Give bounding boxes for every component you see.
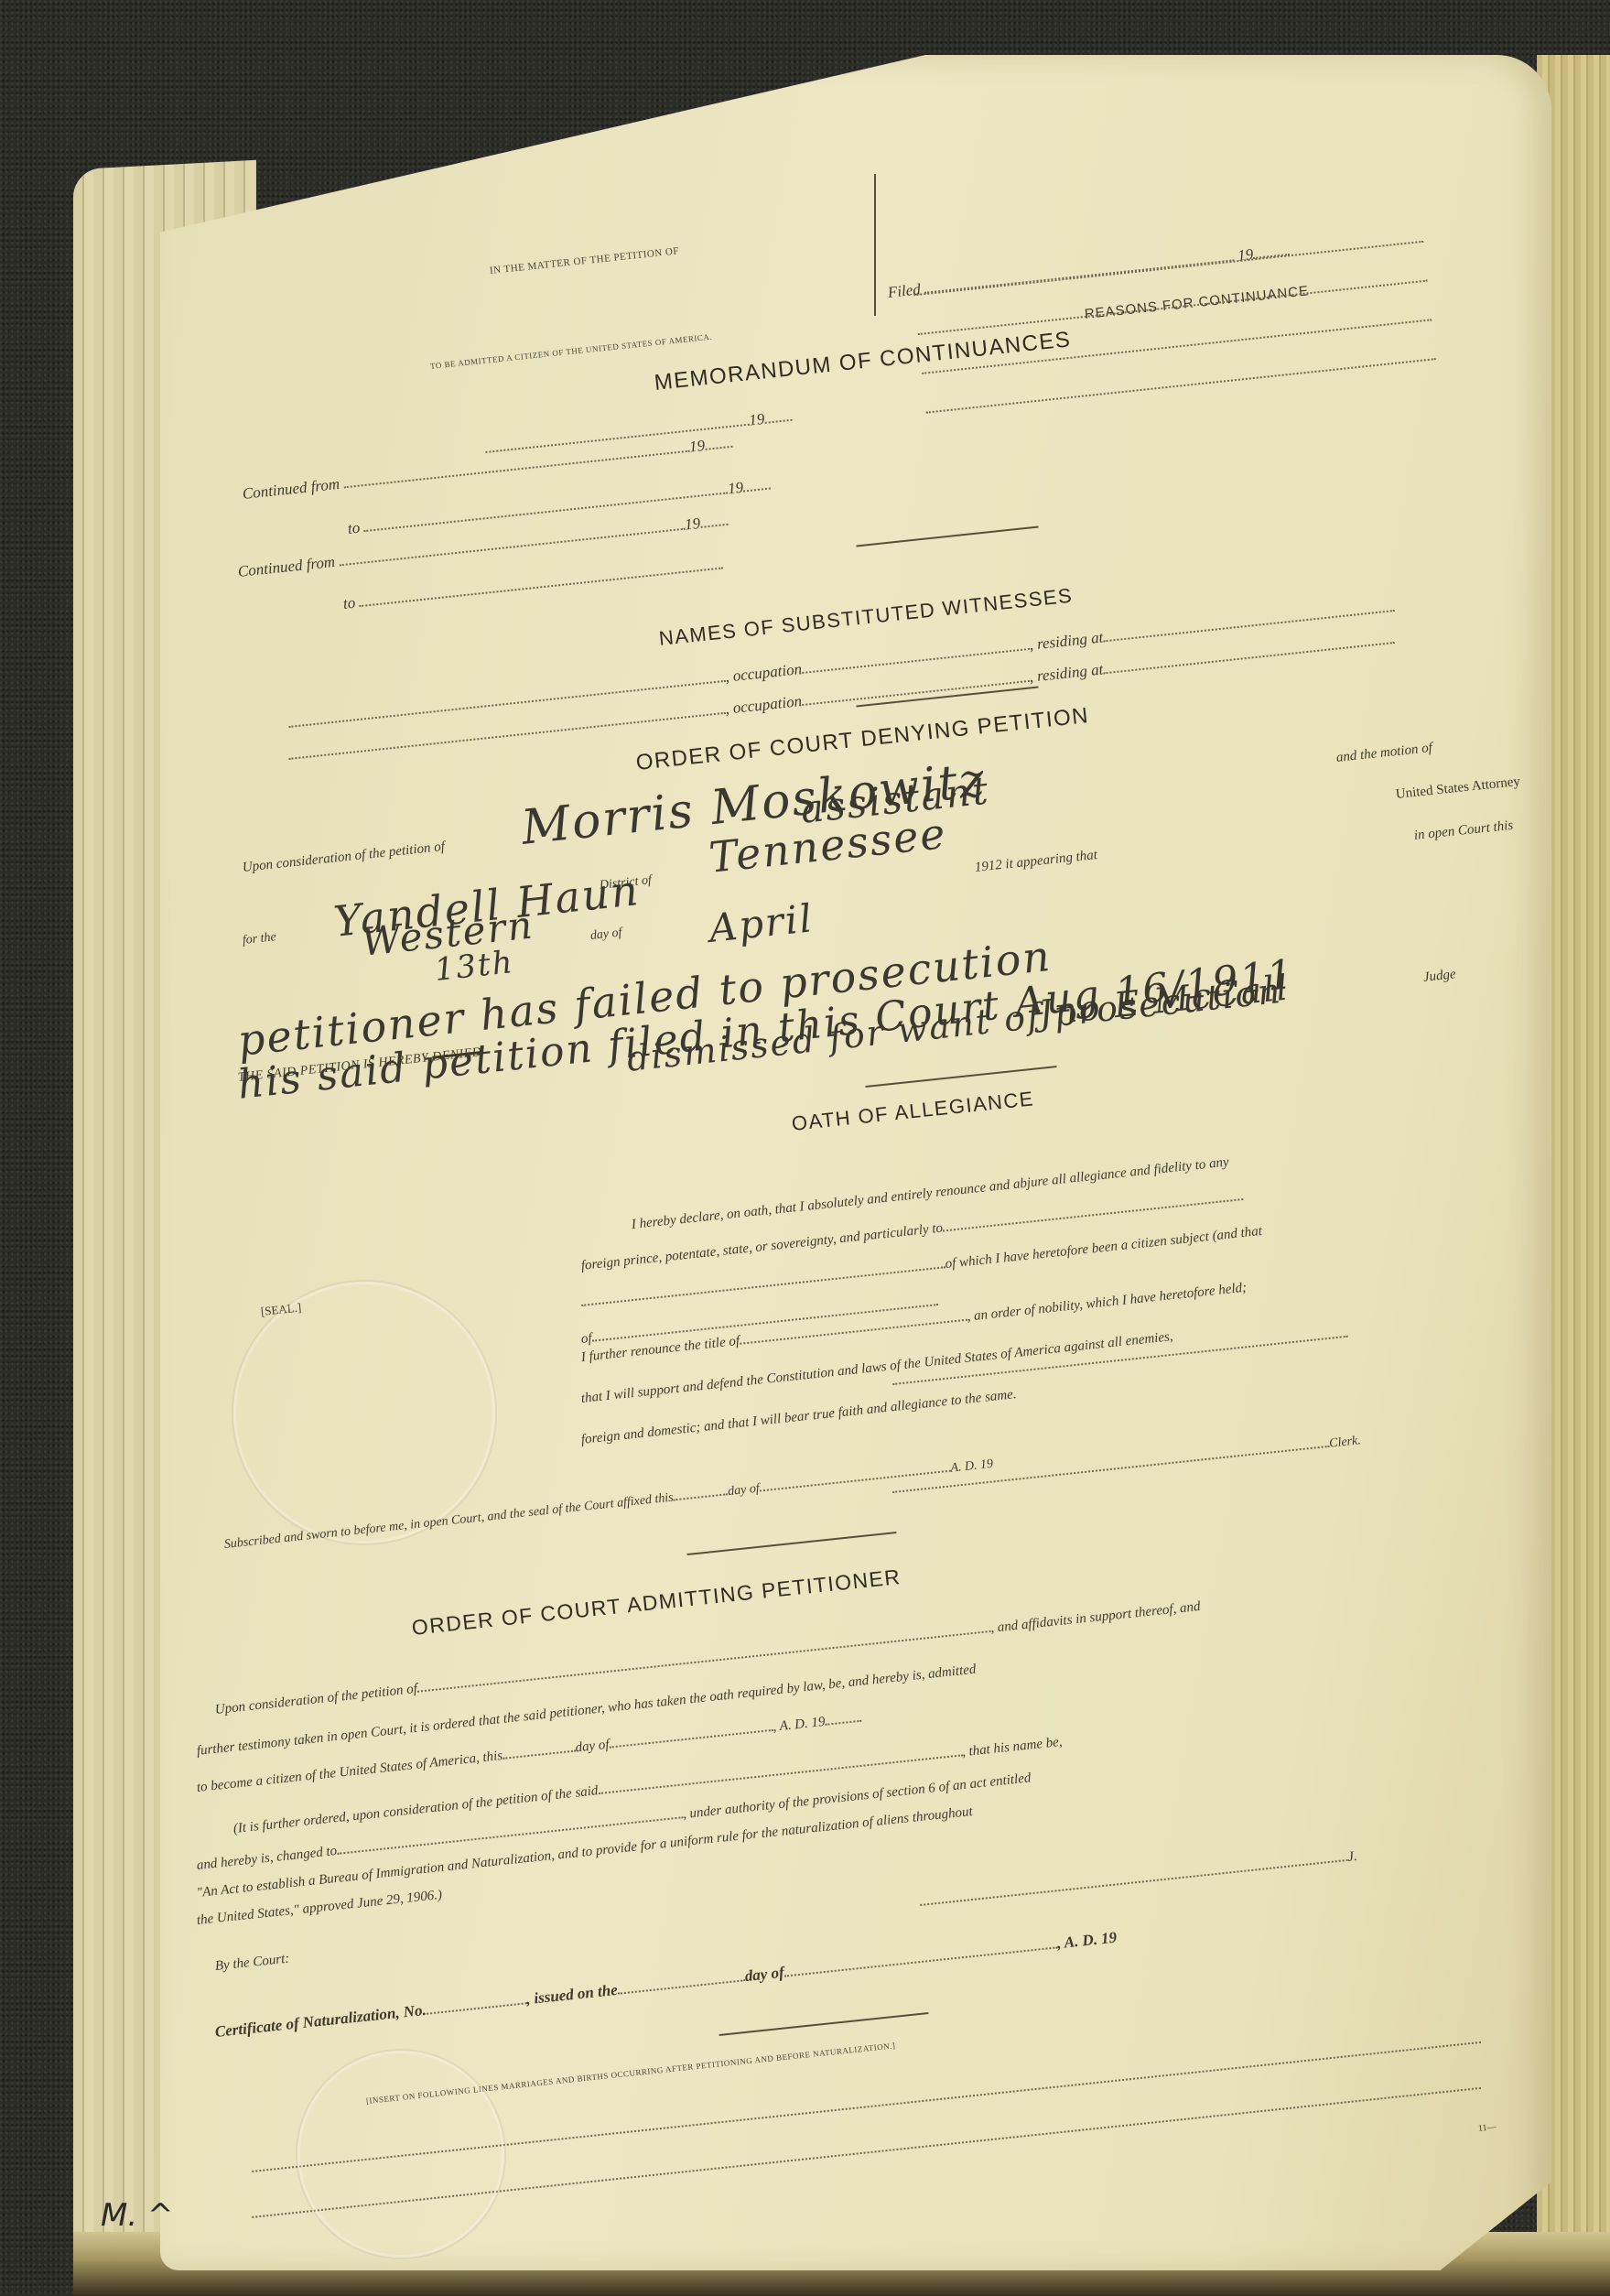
for-the-label: for the <box>242 930 276 948</box>
court-seal-emboss-lower <box>297 2051 504 2258</box>
page-content: IN THE MATTER OF THE PETITION OF TO BE A… <box>160 55 1551 2270</box>
judge-initial-line: J. <box>919 1849 1358 1911</box>
day-handwritten: 13th <box>433 944 516 989</box>
year-value: 1912 <box>974 858 1003 875</box>
header-divider <box>874 174 876 316</box>
certificate-line: Certificate of Naturalization, No., issu… <box>214 1929 1118 2041</box>
judge-label: Judge <box>1422 967 1456 986</box>
margin-pencil-mark: M. ^ <box>101 2197 173 2234</box>
matter-of-petition-label: IN THE MATTER OF THE PETITION OF <box>489 245 679 276</box>
month-handwritten: April <box>707 895 816 951</box>
separator-rule <box>687 1532 897 1555</box>
court-seal-emboss <box>233 1282 495 1543</box>
day-of-label: day of <box>589 926 622 944</box>
oath-title: OATH OF ALLEGIANCE <box>791 1087 1035 1136</box>
form-number: 11— <box>1477 2122 1497 2134</box>
appearing-label: it appearing that <box>1005 848 1098 872</box>
upon-consideration-label: Upon consideration of the petition of <box>242 839 446 876</box>
motion-label: and the motion of <box>1335 741 1433 766</box>
admitting-title: ORDER OF COURT ADMITTING PETITIONER <box>411 1565 902 1641</box>
us-attorney-label: United States Attorney <box>1395 774 1521 803</box>
separator-rule <box>856 526 1038 547</box>
separator-rule <box>865 1066 1056 1088</box>
reason-lines <box>913 240 1436 414</box>
separator-rule <box>719 2012 929 2036</box>
by-the-court-label: By the Court: <box>214 1952 290 1975</box>
year-and-appearing: 1912 it appearing that <box>974 848 1098 876</box>
admitted-citizen-label: TO BE ADMITTED A CITIZEN OF THE UNITED S… <box>429 332 712 371</box>
open-court-label: in open Court this <box>1413 818 1514 844</box>
